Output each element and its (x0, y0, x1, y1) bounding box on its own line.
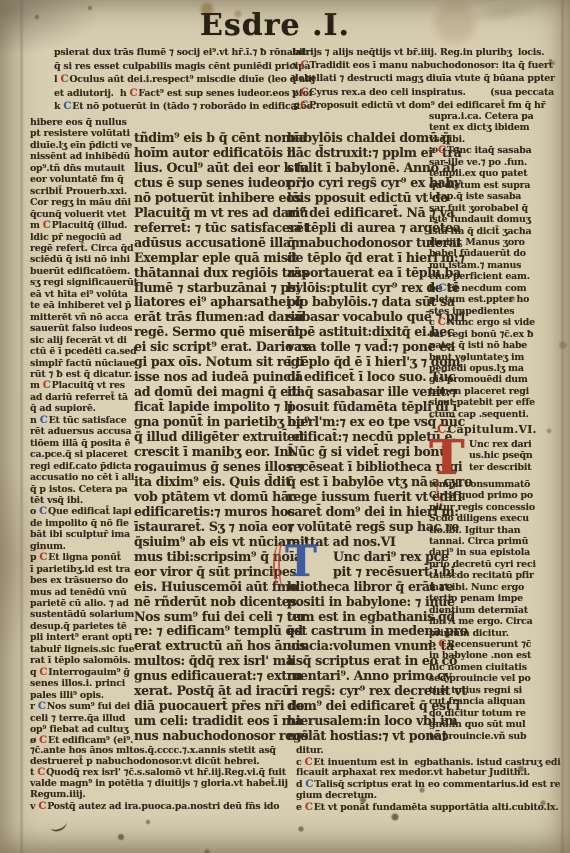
text-line: ita dixim⁹ eis. Quis d̄dit (134, 475, 285, 490)
text-line: rege iussum fuerit vt edifi (287, 490, 430, 505)
text-line: diuīe.lʒ eīn p̄dicti ve (30, 140, 136, 151)
text-line: primum dicitur. (429, 628, 566, 639)
text-line: ri regs̄: cyr⁹ rex decreuit vt (287, 684, 430, 699)
text-line: Scdo diligens execu (429, 513, 566, 524)
top-commentary-right: latrijs ⁊ alijs neq̄tijs vt br̄.iiij. Re… (292, 46, 568, 112)
text-column-right: babylōis chaldei domū q̄hāc d̄struxit:⁊ … (287, 131, 430, 744)
text-line: pr̄io cyri regs̄ cyr⁹ ex baby (287, 176, 430, 191)
text-line: Nos sum⁹ fui dei celi ⁊ ter (134, 610, 285, 625)
text-line: ad domū dei magni q̄ edi (134, 385, 285, 400)
text-line: stulit ī babylonē. Anno āt (287, 161, 430, 176)
text-line: thātannai dux regiōis trās (134, 266, 285, 281)
text-line: Cor regʒ in māu dn̄i (30, 197, 136, 208)
text-line: itaq̄ sasabasar ille venit:⁊ (287, 385, 430, 400)
text-line: eius perficient eam. (429, 271, 566, 282)
gloss-right-lower: templi consummatōCirca quod primo ponitu… (429, 479, 566, 742)
gloss-column-left: hibere eos q̄ nulluspt resistere volūtat… (30, 117, 136, 747)
text-line: celi ⁊ terre.q̄a illud (30, 713, 136, 724)
text-line: ī parietibʒ.id est tra (30, 564, 136, 575)
text-line: q̄ si res esset culpabilis magis cēnt pu… (54, 60, 290, 74)
illuminated-initial-red: T (429, 439, 469, 479)
text-line: gnū.in quo sūt mul (429, 719, 566, 730)
text-line: re: ⁊ edificam⁹ templū q̄d (134, 624, 285, 639)
text-line: pt resistere volūtati (30, 128, 136, 139)
text-line: gnus edificauerat:⁊ extru (134, 669, 285, 684)
text-line: um celi: tradidit eos ī ma (134, 714, 285, 729)
text-line: sa tēpli di aurea ⁊ argētea (287, 221, 430, 236)
text-line: destrueret̄ p nabuchodonosor.vt dicūt he… (30, 757, 300, 768)
text-line: vob ptātem vt domū hāc (134, 490, 285, 505)
text-line: regē refert̄. Circa q̄d (30, 243, 136, 254)
text-line: sar ille ve.⁊ po .fun. (429, 157, 566, 168)
text-line: de impolito q̄ nō fie (30, 518, 136, 529)
text-line: ditur. (296, 746, 568, 757)
pen-mark (49, 816, 69, 833)
text-line: multos: q̄dq̄ rex isrl' ma (134, 654, 285, 669)
rubric-mark-blue: C (39, 505, 47, 517)
text-line: sustentādū solarium (30, 609, 136, 620)
text-line: c CNunc ergo si vide (429, 317, 566, 328)
text-line: Unc rex dari (469, 439, 566, 450)
gloss-column-right: supra.i.ca. Cetera patent ex dictʒ ibide… (429, 111, 566, 742)
text-line: tiōem illā q̄ posita ē (30, 438, 136, 449)
text-line: q̄ nabuchodonosor tulerat (287, 236, 430, 251)
text-line: patet q̄ isti nō habe (429, 340, 566, 351)
rubric-mark-red: C (300, 86, 308, 98)
text-line: k CEt nō potuerūt in (tādo ⁊ roborādo in… (54, 100, 290, 114)
text-line: mitterēt vñ nō acca (30, 312, 136, 323)
text-line: tius totius regni si (429, 685, 566, 696)
text-line: flumē ⁊ starbuzānai ⁊ psi (134, 281, 285, 296)
rubric-mark-red: C (300, 99, 308, 111)
text-line: nitur regis concessio (429, 502, 566, 513)
guide-letter: t (304, 536, 308, 546)
text-line: xerat. Postq̄ āt ad iracū (134, 684, 285, 699)
text-line: nē rñderūt nob dicentes. (134, 595, 285, 610)
text-line: stes impedientes (429, 306, 566, 317)
text-line: edificat̄:⁊ necdū ppletū ē. (287, 430, 430, 445)
text-line: b CRecensuerunt ⁊c̄ (429, 639, 566, 650)
text-line: mū istam.⁊ manus (429, 260, 566, 271)
text-line: di edificet̄ ī loco suo. Tūc (287, 370, 430, 385)
text-line: adūsus accusationē illam (134, 236, 285, 251)
text-line: psierat dux trās flumē ⁊ socij ei⁹.vt hr… (54, 46, 290, 60)
text-line: Nūc ḡ si videt̄ regi bonū: (287, 445, 430, 460)
text-line: q CInterrogauim⁹ ḡ (30, 667, 136, 678)
text-line: ter describit (469, 462, 566, 473)
rubric-mark-blue: C (438, 282, 446, 294)
text-line: babel fūdauerūt do (429, 248, 566, 259)
text-line: latrijs ⁊ alijs neq̄tijs vt br̄.iiij. Re… (292, 46, 568, 59)
bottom-commentary-right: ditur.c CEt inuentum est in egbathanis. … (296, 746, 568, 813)
chapter-initial-row: T Unc rex darius.hic pseq̄nter describit (429, 439, 566, 479)
chapter-initial-lines: Unc rex darius.hic pseq̄nter describit (469, 439, 566, 479)
text-line: q̄ illud diligēter extruit̄ et (134, 430, 285, 445)
text-line: crescit ī manibʒ eor. Int̄ (134, 445, 285, 460)
rubric-mark-red: C (130, 87, 138, 99)
text-line: gna ponūt̄ in parietibʒ op⁹ (134, 415, 285, 430)
text-line: accusatio no cēt ī ali (30, 472, 136, 483)
text-line: eis. Huiuscemōi aūt fmo (134, 580, 285, 595)
text-line: e CEt vt ponāt fundamēta supportātia alt… (296, 802, 568, 814)
text-line: Regum.iiij. (30, 790, 300, 801)
text-line: hoīm autor edificatōis il (134, 146, 285, 161)
text-line: de tēplo q̄d erat ī hierl'm:⁊ (287, 251, 430, 266)
text-line: tio.ibi. Igitur than (429, 525, 566, 536)
text-line: ldic pr̄ negociū ad (30, 232, 136, 243)
text-line: liatores ei⁹ apharsathei q̄ (134, 295, 285, 310)
text-line: b CEt necdum com (429, 283, 566, 294)
rubric-mark-blue: C (40, 414, 48, 426)
text-line: positi in babylone: ⁊ inuē (287, 595, 430, 610)
text-line: q̄d dictum est supra (429, 180, 566, 191)
text-line: tabulr̄ ligneis.sic fue (30, 644, 136, 655)
text-line: ibi. A me ergo. Circa (429, 616, 566, 627)
text-line: parietē cū alio. ⁊ ad (30, 598, 136, 609)
text-line: tamen placeret regi (429, 386, 566, 397)
text-line: dientium determīat (429, 605, 566, 616)
text-line: te eā inhiberet vel p̄ (30, 300, 136, 311)
text-line: ī tēplo q̄d ē ī hierl'ʒ ⁊ dom⁹ (287, 355, 430, 370)
text-line: tum est in egbathanis q̄d (287, 610, 430, 625)
text-line: sic alij fecerāt vt di (30, 335, 136, 346)
text-line: q̄siuim⁹ ab eis vt nūciare (134, 535, 285, 550)
text-line: est castrum in medena pro (287, 624, 430, 639)
text-line: hibere eos q̄ nullus (30, 117, 136, 128)
text-line: templi.ex quo patet (429, 168, 566, 179)
rubric-mark-red: C (438, 316, 446, 328)
text-line: bāt ibi sculptur̄ ima (30, 529, 136, 540)
rubric-mark-red: C (438, 638, 446, 650)
text-line: scribit̄ Prouerb.xxi. (30, 186, 136, 197)
rubric-mark-red: C (43, 219, 51, 231)
text-line: tñdim⁹ eis b q̄ cēnt nomīa (134, 131, 285, 146)
text-line: Circa quod primo po (429, 490, 566, 501)
text-line: caret̄ dom⁹ dei in hierl'm: (287, 505, 430, 520)
text-line: debellati ⁊ destructi magʒ diuīa vtute q… (292, 72, 568, 85)
text-line: eor voluntatē fm q̄ (30, 174, 136, 185)
text-line: sabasar vocabulo quē ⁊ pri (287, 310, 430, 325)
text-line: ad dariū referret̄ tā (30, 392, 136, 403)
text-line: pr̄io decretū cyri reci (429, 559, 566, 570)
text-line: iste fundauit domuʒ (429, 214, 566, 225)
text-line: q̄ p istos. Cetera pa (30, 484, 136, 495)
rubric-mark-red: C (43, 379, 51, 391)
text-line: eor viror q̄ sūt principes ī (134, 565, 285, 580)
text-line: bant voluntateʒ im (429, 352, 566, 363)
text-line: Exemplar eple quā misit (134, 251, 285, 266)
rubric-mark-red: C (438, 144, 446, 156)
text-line: nissēnt ad inhibēdū (30, 151, 136, 162)
text-line: i.cap.q̄ iste sasaba (429, 191, 566, 202)
book-page-scan: Esdre .I. psierat dux trās flumē ⁊ socij… (0, 0, 570, 853)
rubric-mark-red: C (300, 59, 308, 71)
text-line: mat.ibi. Nunc ergo (429, 582, 566, 593)
text-line: senes illos.i. princi (30, 678, 136, 689)
text-line: asportauerat ea ī tēplū ba (287, 266, 430, 281)
text-line: lōis pposuit edictū vt do (287, 191, 430, 206)
text-line: n CEt tūc satisface (30, 415, 136, 426)
text-line: uincia:volumen vnum: ta (287, 639, 430, 654)
text-line: referret̄: ⁊ tūc satisfacerēt (134, 221, 285, 236)
text-column-left: tñdim⁹ eis b q̄ cēnt nomīahoīm autor edi… (134, 131, 285, 744)
text-line: ca.pce.q̄ si placeret (30, 449, 136, 460)
text-line: nus nabuchodonosor regs̄ (134, 729, 285, 744)
text-line: diā puocauert̄ pr̄es nr̄i de (134, 699, 285, 714)
text-line: hāc d̄struxit:⁊ pplm ei⁹ trā (287, 146, 430, 161)
rubric-mark-blue: C (305, 778, 313, 790)
text-line: supra.i.ca. Cetera pa (429, 111, 566, 122)
page-title: Esdre .I. (150, 8, 400, 43)
text-line: tent ex dictʒ ibidem (429, 122, 566, 133)
text-line: r CNos sum⁹ fui dei (30, 701, 136, 712)
rubric-mark-red: C (38, 800, 46, 812)
text-line: isse nos ad iudeā puinciā (134, 370, 285, 385)
text-line: plo babylōis.⁊ data sūt sa (287, 295, 430, 310)
text-line: us.hic pseq̄n (469, 450, 566, 461)
text-line: bylōis:ptulit cyr⁹ rex de tē (287, 281, 430, 296)
gloss-right-upper: supra.i.ca. Cetera patent ex dictʒ ibide… (429, 111, 566, 420)
text-line: simplr̄ factū nūciaue (30, 358, 136, 369)
pencil-smudge (467, 0, 539, 26)
text-line: edificaretis:⁊ muros hos (134, 505, 285, 520)
rubric-mark-blue: C (63, 100, 71, 112)
text-line: ctus ē sup senes iudeor: ⁊ (134, 176, 285, 191)
text-line: sʒ regi significauerūt (30, 277, 136, 288)
text-line: nō potuerūt inhibere eos (134, 191, 285, 206)
text-line: babylōis chaldei domū q̄ (287, 131, 430, 146)
rubric-mark-blue: C (38, 700, 46, 712)
text-line: do dicitur totum re (429, 708, 566, 719)
text-line: rogauimus ḡ senes illos:⁊ (134, 460, 285, 475)
text-line: tat.scdo recitatū pfir (429, 570, 566, 581)
text-line: x CTradidit eos ī manu nabuchodonosor: i… (292, 59, 568, 72)
rubric-mark-red: C (39, 666, 47, 678)
text-line: regē. Sermo quē miserāt (134, 325, 285, 340)
text-line: lisq̄ scriptus erat in eo cō (287, 654, 430, 669)
text-line: ⁊ volūtatē regs̄ sup hac re (287, 520, 430, 535)
text-line: op⁹.tñ dn̄s mutauit (30, 163, 136, 174)
text-line: m CPlacuitq̄ (illud. (30, 220, 136, 231)
text-line: pletum est.ppter ho (429, 294, 566, 305)
text-line: sicut patebit per effe (429, 397, 566, 408)
rubric-mark-red: C (60, 73, 68, 85)
text-line: ficat̄ lapide impolito ⁊ li (134, 400, 285, 415)
text-line: pediēdi opus.lʒ ma (429, 363, 566, 374)
rubric-mark-red: C (39, 551, 47, 563)
text-line: gium decretum. (296, 791, 568, 802)
text-line: p CEt ligna ponūt̄ (30, 552, 136, 563)
rubric-mark-red: C (305, 756, 313, 768)
text-line: vsq̄ ibi. (429, 134, 566, 145)
illuminated-initial-blue: t T (285, 542, 327, 588)
text-line: hierusalem:in loco vbi im (287, 714, 430, 729)
page-crease (19, 0, 24, 853)
text-line: posuit fūdamēta tēpli di ī (287, 400, 430, 415)
text-line: desup.q̄ parietes tē (30, 621, 136, 632)
text-line: pli intert⁹ erant opti (30, 632, 136, 643)
text-line: v CPostq̄ autez ad ira.puoca.pa.nostri d… (30, 801, 300, 813)
text-line: lius. Ocul⁹ aūt dei eor k fa (134, 161, 285, 176)
penwork-flourish (273, 544, 282, 586)
top-commentary-left: psierat dux trās flumē ⁊ socij ei⁹.vt hr… (54, 46, 290, 114)
text-line: mentari⁹. Anno primo cy (287, 669, 430, 684)
text-line: ctū ē ī pcedēti ca.sed (30, 346, 136, 357)
text-line: gis promouēdi dum (429, 374, 566, 385)
text-line: rēt aduersus accusa (30, 426, 136, 437)
text-line: recēseat ī bibliotheca regi (287, 460, 430, 475)
text-line: molāt hostias:⁊ vt ponāt (287, 729, 430, 744)
text-line: sauerūt falso iudeos (30, 323, 136, 334)
text-line: a CTunc itaq̄ sasaba (429, 145, 566, 156)
text-line: bes ex trāsuerso do (30, 575, 136, 586)
text-line: erat extructū añ hos ānos (134, 639, 285, 654)
rubric-mark-red: C (305, 801, 313, 813)
text-line: istā fm q̄ dicit̄ ʒacha (429, 226, 566, 237)
text-line: m⁹ dei edificaret̄. Nā ⁊ va (287, 206, 430, 221)
rubric-mark-red: C (37, 766, 45, 778)
text-line: l COculus aūt dei.i.respect⁹ miscdie diu… (54, 73, 290, 87)
text-line: tertio penam impe (429, 593, 566, 604)
bottom-commentary-left: ⁊c̄.ante hos ānos mltos.q̄.cccc.⁊.x.anni… (30, 746, 300, 812)
text-line: vasa tolle ⁊ vad̄:⁊ pone ea (287, 340, 430, 355)
text-line: erāt trās flumen:ad dariū (134, 310, 285, 325)
text-line: gi pax oīs. Notum sit regi (134, 355, 285, 370)
text-line: sciēdū q̄ isti nō inhi (30, 254, 136, 265)
text-line: hierl'm:⁊ ex eo tpe vsq̄ nūc (287, 415, 430, 430)
text-line: Placuitq̄ m vt res ad dariū (134, 206, 285, 221)
text-line: sar fuit ʒorobabel q̄ (429, 203, 566, 214)
text-line: tur regi bonū ⁊c̄.ex ƀ (429, 329, 566, 340)
text-line: y CCyrus rex.a deo celi inspiratus. (sua… (292, 86, 568, 99)
text-line: o CQue edificat̄ lapi (30, 506, 136, 517)
text-line: te prouincie.vñ sub (429, 731, 566, 742)
text-line: buerūt edificatōem. (30, 266, 136, 277)
text-line: rie.iiij. Manus ʒoro (429, 237, 566, 248)
text-line: dom⁹ dei edificaret̄ q̄ est ī (287, 699, 430, 714)
text-line: mus tibi:scripsim⁹ q̄ noīa (134, 550, 285, 565)
text-line: m CPlacuitq̄ vt res (30, 380, 136, 391)
text-line: q̄ est ī babylōe vtʒ nā a cyro (287, 475, 430, 490)
text-line: mus ad tenēdū vnū (30, 587, 136, 598)
text-line: ei sic script⁹ erat. Dario re (134, 340, 285, 355)
text-line: et adiutorij. h CFact⁹ est sup senes iud… (54, 87, 290, 101)
text-line: eā vt hīta ei⁹ volūta (30, 289, 136, 300)
text-line: in babylone .non est (429, 650, 566, 661)
text-line: hic nomen ciuitatis (429, 662, 566, 673)
text-line: dari⁹ in sua epistola (429, 547, 566, 558)
text-line: regi edif.cato p̄dicta (30, 461, 136, 472)
text-line: ficauit arphaxat rex medor.vt habetur Ju… (296, 768, 568, 779)
text-line: ctum cap .sequenti. (429, 409, 566, 420)
text-line: cut francia aliquan (429, 696, 566, 707)
text-line: sed prouincie vel po (429, 673, 566, 684)
text-line: tannai. Circa primū (429, 536, 566, 547)
text-line: īstauraret̄. Sʒ ⁊ noīa eor (134, 520, 285, 535)
